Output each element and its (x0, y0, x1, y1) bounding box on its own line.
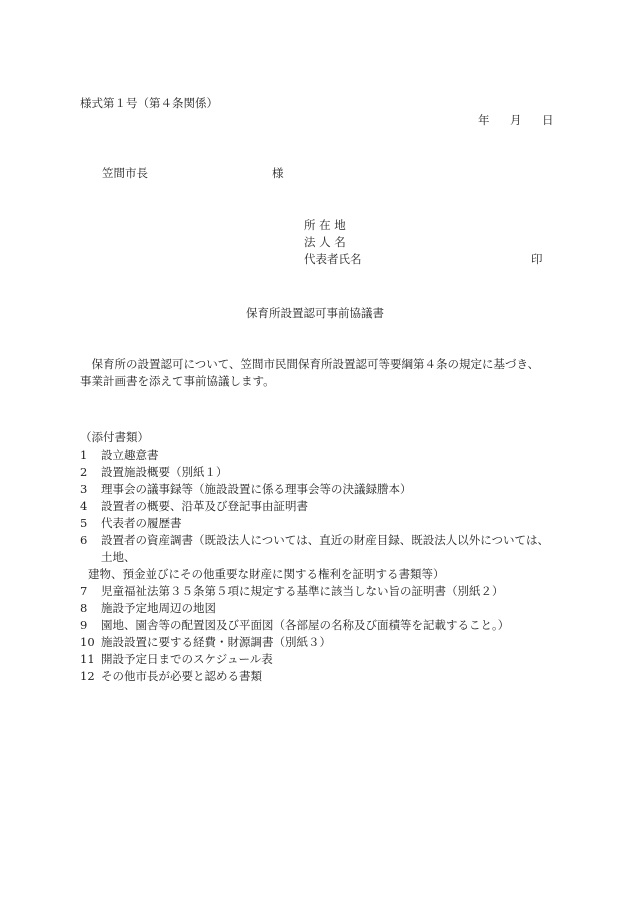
document-title: 保育所設置認可事前協議書 (0, 306, 630, 322)
applicant-block: 所 在 地 法 人 名 代表者氏名 (304, 218, 384, 269)
form-number: 様式第１号（第４条関係） (80, 96, 218, 112)
attachment-item: 9 園地、園舎等の配置図及び平面図（各部屋の名称及び面積等を記載すること。） (80, 617, 555, 634)
date-field: 年 月 日 (478, 113, 554, 129)
attachments-list: 1 設立趣意書 2 設置施設概要（別紙１） 3 理事会の議事録等（施設設置に係る… (80, 447, 555, 685)
attachments-heading: （添付書類） (80, 430, 149, 446)
document-body: 保育所の設置認可について、笠間市民間保育所設置認可等要綱第４条の規定に基づき、事… (80, 356, 550, 390)
attachment-text: 施設設置に要する経費・財源調書（別紙３） (101, 634, 555, 651)
attachment-item: 12 その他市長が必要と認める書類 (80, 668, 555, 685)
applicant-rep-row: 代表者氏名 (304, 252, 384, 269)
attachment-text-continuation: 建物、預金並びにその他重要な財産に関する権利を証明する書類等） (80, 566, 555, 583)
attachment-text: 理事会の議事録等（施設設置に係る理事会等の決議録謄本） (101, 481, 555, 498)
attachment-number: 12 (80, 668, 101, 685)
attachment-text: 設置者の概要、沿革及び登記事由証明書 (101, 498, 555, 515)
rep-name-label: 代表者氏名 (304, 252, 384, 269)
attachment-number: 8 (80, 600, 101, 617)
attachment-item: 5 代表者の履歴書 (80, 515, 555, 532)
attachment-item: 11 開設予定日までのスケジュール表 (80, 651, 555, 668)
addressee-honorific: 様 (272, 166, 284, 182)
attachment-number: 3 (80, 481, 101, 498)
attachment-text: 設置者の資産調書（既設法人については、直近の財産目録、既設法人以外については、土… (101, 532, 555, 566)
attachment-item: 2 設置施設概要（別紙１） (80, 464, 555, 481)
attachment-text: 開設予定日までのスケジュール表 (101, 651, 555, 668)
attachment-number: 4 (80, 498, 101, 515)
attachment-number: 1 (80, 447, 101, 464)
applicant-corp-row: 法 人 名 (304, 235, 384, 252)
attachment-text: 設置施設概要（別紙１） (101, 464, 555, 481)
date-month-label: 月 (510, 113, 542, 129)
attachment-number: 5 (80, 515, 101, 532)
seal-mark: 印 (531, 252, 543, 268)
applicant-address-row: 所 在 地 (304, 218, 384, 235)
attachment-item: 6 設置者の資産調書（既設法人については、直近の財産目録、既設法人以外については… (80, 532, 555, 566)
attachment-item: 8 施設予定地周辺の地図 (80, 600, 555, 617)
attachment-text: その他市長が必要と認める書類 (101, 668, 555, 685)
attachment-item: 1 設立趣意書 (80, 447, 555, 464)
attachment-number: 7 (80, 583, 101, 600)
attachment-text: 施設予定地周辺の地図 (101, 600, 555, 617)
attachment-number: 10 (80, 634, 101, 651)
attachment-text: 設立趣意書 (101, 447, 555, 464)
attachment-item: 3 理事会の議事録等（施設設置に係る理事会等の決議録謄本） (80, 481, 555, 498)
attachment-number: 6 (80, 532, 101, 566)
addressee-name: 笠間市長 (102, 166, 148, 182)
attachment-text: 代表者の履歴書 (101, 515, 555, 532)
attachment-number: 9 (80, 617, 101, 634)
date-day-label: 日 (542, 113, 554, 129)
date-year-label: 年 (478, 113, 510, 129)
attachment-text: 児童福祉法第３５条第５項に規定する基準に該当しない旨の証明書（別紙２） (101, 583, 555, 600)
attachment-text: 園地、園舎等の配置図及び平面図（各部屋の名称及び面積等を記載すること。） (101, 617, 555, 634)
attachment-item: 4 設置者の概要、沿革及び登記事由証明書 (80, 498, 555, 515)
attachment-number: 11 (80, 651, 101, 668)
address-label: 所 在 地 (304, 218, 384, 235)
attachment-number: 2 (80, 464, 101, 481)
attachment-item: 10 施設設置に要する経費・財源調書（別紙３） (80, 634, 555, 651)
corp-name-label: 法 人 名 (304, 235, 384, 252)
attachment-item: 7 児童福祉法第３５条第５項に規定する基準に該当しない旨の証明書（別紙２） (80, 583, 555, 600)
